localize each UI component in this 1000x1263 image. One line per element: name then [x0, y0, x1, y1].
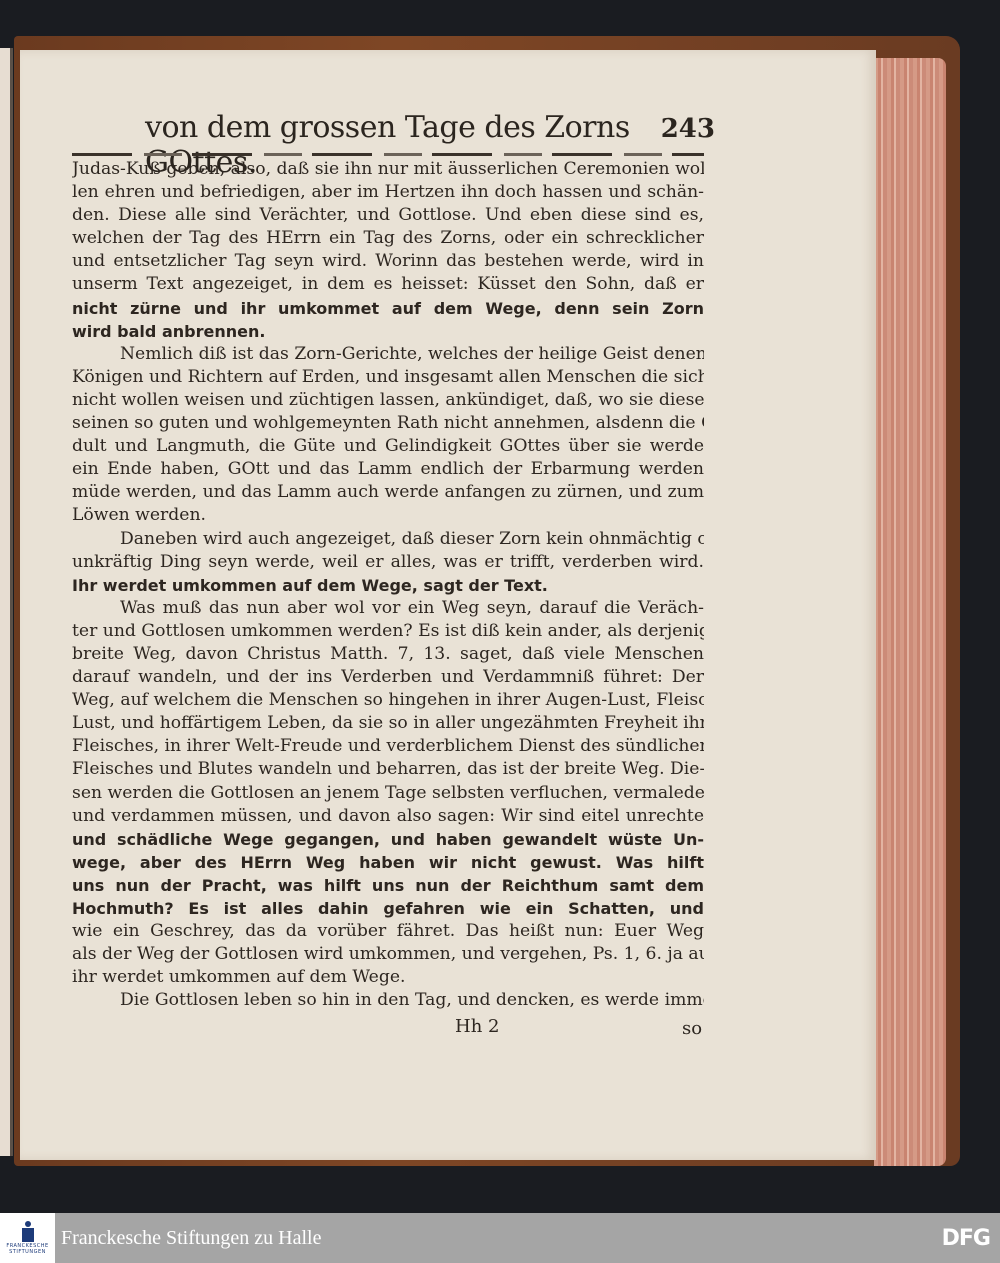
- text-line: müde werden, und das Lamm auch werde anf…: [72, 481, 704, 504]
- text-line: unserm Text angezeiget, in dem es heisse…: [72, 273, 704, 296]
- text-line: Die Gottlosen leben so hin in den Tag, u…: [72, 989, 704, 1012]
- text-line: Daneben wird auch angezeiget, daß dieser…: [72, 528, 704, 551]
- text-line-emphasis: wege, aber des HErrn Weg haben wir nicht…: [72, 851, 704, 874]
- text-line: Was muß das nun aber wol vor ein Weg sey…: [72, 597, 704, 620]
- running-head: von dem grossen Tage des Zorns GOttes. 2…: [145, 110, 715, 150]
- page-fore-edge: [874, 58, 946, 1166]
- text-line: wie ein Geschrey, das da vorüber fähret.…: [72, 920, 704, 943]
- dfg-logo[interactable]: DFG: [942, 1226, 990, 1251]
- text-line: Lust, und hoffärtigem Leben, da sie so i…: [72, 712, 704, 735]
- text-line: darauf wandeln, und der ins Verderben un…: [72, 666, 704, 689]
- footer-bar: FRANCKESCHE STIFTUNGEN Franckesche Stift…: [0, 1213, 1000, 1263]
- text-line: und entsetzlicher Tag seyn wird. Worinn …: [72, 250, 704, 273]
- text-line: Fleisches und Blutes wandeln und beharre…: [72, 758, 704, 781]
- text-line-emphasis: Hochmuth? Es ist alles dahin gefahren wi…: [72, 897, 704, 920]
- text-line: unkräftig Ding seyn werde, weil er alles…: [72, 551, 704, 574]
- text-line: als der Weg der Gottlosen wird umkommen,…: [72, 943, 704, 966]
- text-line: len ehren und befriedigen, aber im Hertz…: [72, 181, 704, 204]
- text-line: dult und Langmuth, die Güte und Gelindig…: [72, 435, 704, 458]
- left-page-edge: [0, 48, 13, 1156]
- text-line: Weg, auf welchem die Menschen so hingehe…: [72, 689, 704, 712]
- text-line-emphasis: Ihr werdet umkommen auf dem Wege, sagt d…: [72, 574, 704, 597]
- text-line: Fleisches, in ihrer Welt-Freude und verd…: [72, 735, 704, 758]
- text-line: und verdammen müssen, und davon also sag…: [72, 805, 704, 828]
- text-line: welchen der Tag des HErrn ein Tag des Zo…: [72, 227, 704, 250]
- text-line: den. Diese alle sind Verächter, und Gott…: [72, 204, 704, 227]
- text-line-emphasis: und schädliche Wege gegangen, und haben …: [72, 828, 704, 851]
- signature-mark: Hh 2: [455, 1016, 499, 1037]
- text-line: Judas-Kuß geben, also, daß sie ihn nur m…: [72, 158, 704, 181]
- head-rule: [72, 153, 704, 156]
- text-line: breite Weg, davon Christus Matth. 7, 13.…: [72, 643, 704, 666]
- logo-text-line2: STIFTUNGEN: [6, 1249, 48, 1255]
- institution-name[interactable]: Franckesche Stiftungen zu Halle: [61, 1227, 321, 1250]
- text-line: nicht wollen weisen und züchtigen lassen…: [72, 389, 704, 412]
- text-line: ihr werdet umkommen auf dem Wege.: [72, 966, 704, 989]
- text-line: ein Ende haben, GOtt und das Lamm endlic…: [72, 458, 704, 481]
- text-line-emphasis: uns nun der Pracht, was hilft uns nun de…: [72, 874, 704, 897]
- text-line: ter und Gottlosen umkommen werden? Es is…: [72, 620, 704, 643]
- text-line: seinen so guten und wohlgemeynten Rath n…: [72, 412, 704, 435]
- text-line: Nemlich diß ist das Zorn-Gerichte, welch…: [72, 343, 704, 366]
- text-line: sen werden die Gottlosen an jenem Tage s…: [72, 782, 704, 805]
- page-number: 243: [661, 114, 715, 144]
- logo-text: FRANCKESCHE STIFTUNGEN: [6, 1243, 48, 1255]
- logo-figure-icon: [19, 1221, 37, 1243]
- scan-viewer: von dem grossen Tage des Zorns GOttes. 2…: [0, 0, 1000, 1213]
- text-line-emphasis: nicht zürne und ihr umkommet auf dem Weg…: [72, 297, 704, 320]
- text-line-emphasis: wird bald anbrennen.: [72, 320, 704, 343]
- institution-logo[interactable]: FRANCKESCHE STIFTUNGEN: [0, 1213, 55, 1263]
- body-text: Judas-Kuß geben, also, daß sie ihn nur m…: [72, 158, 704, 1012]
- text-line: Löwen werden.: [72, 504, 704, 527]
- text-line: Königen und Richtern auf Erden, und insg…: [72, 366, 704, 389]
- catchword: so: [682, 1018, 702, 1039]
